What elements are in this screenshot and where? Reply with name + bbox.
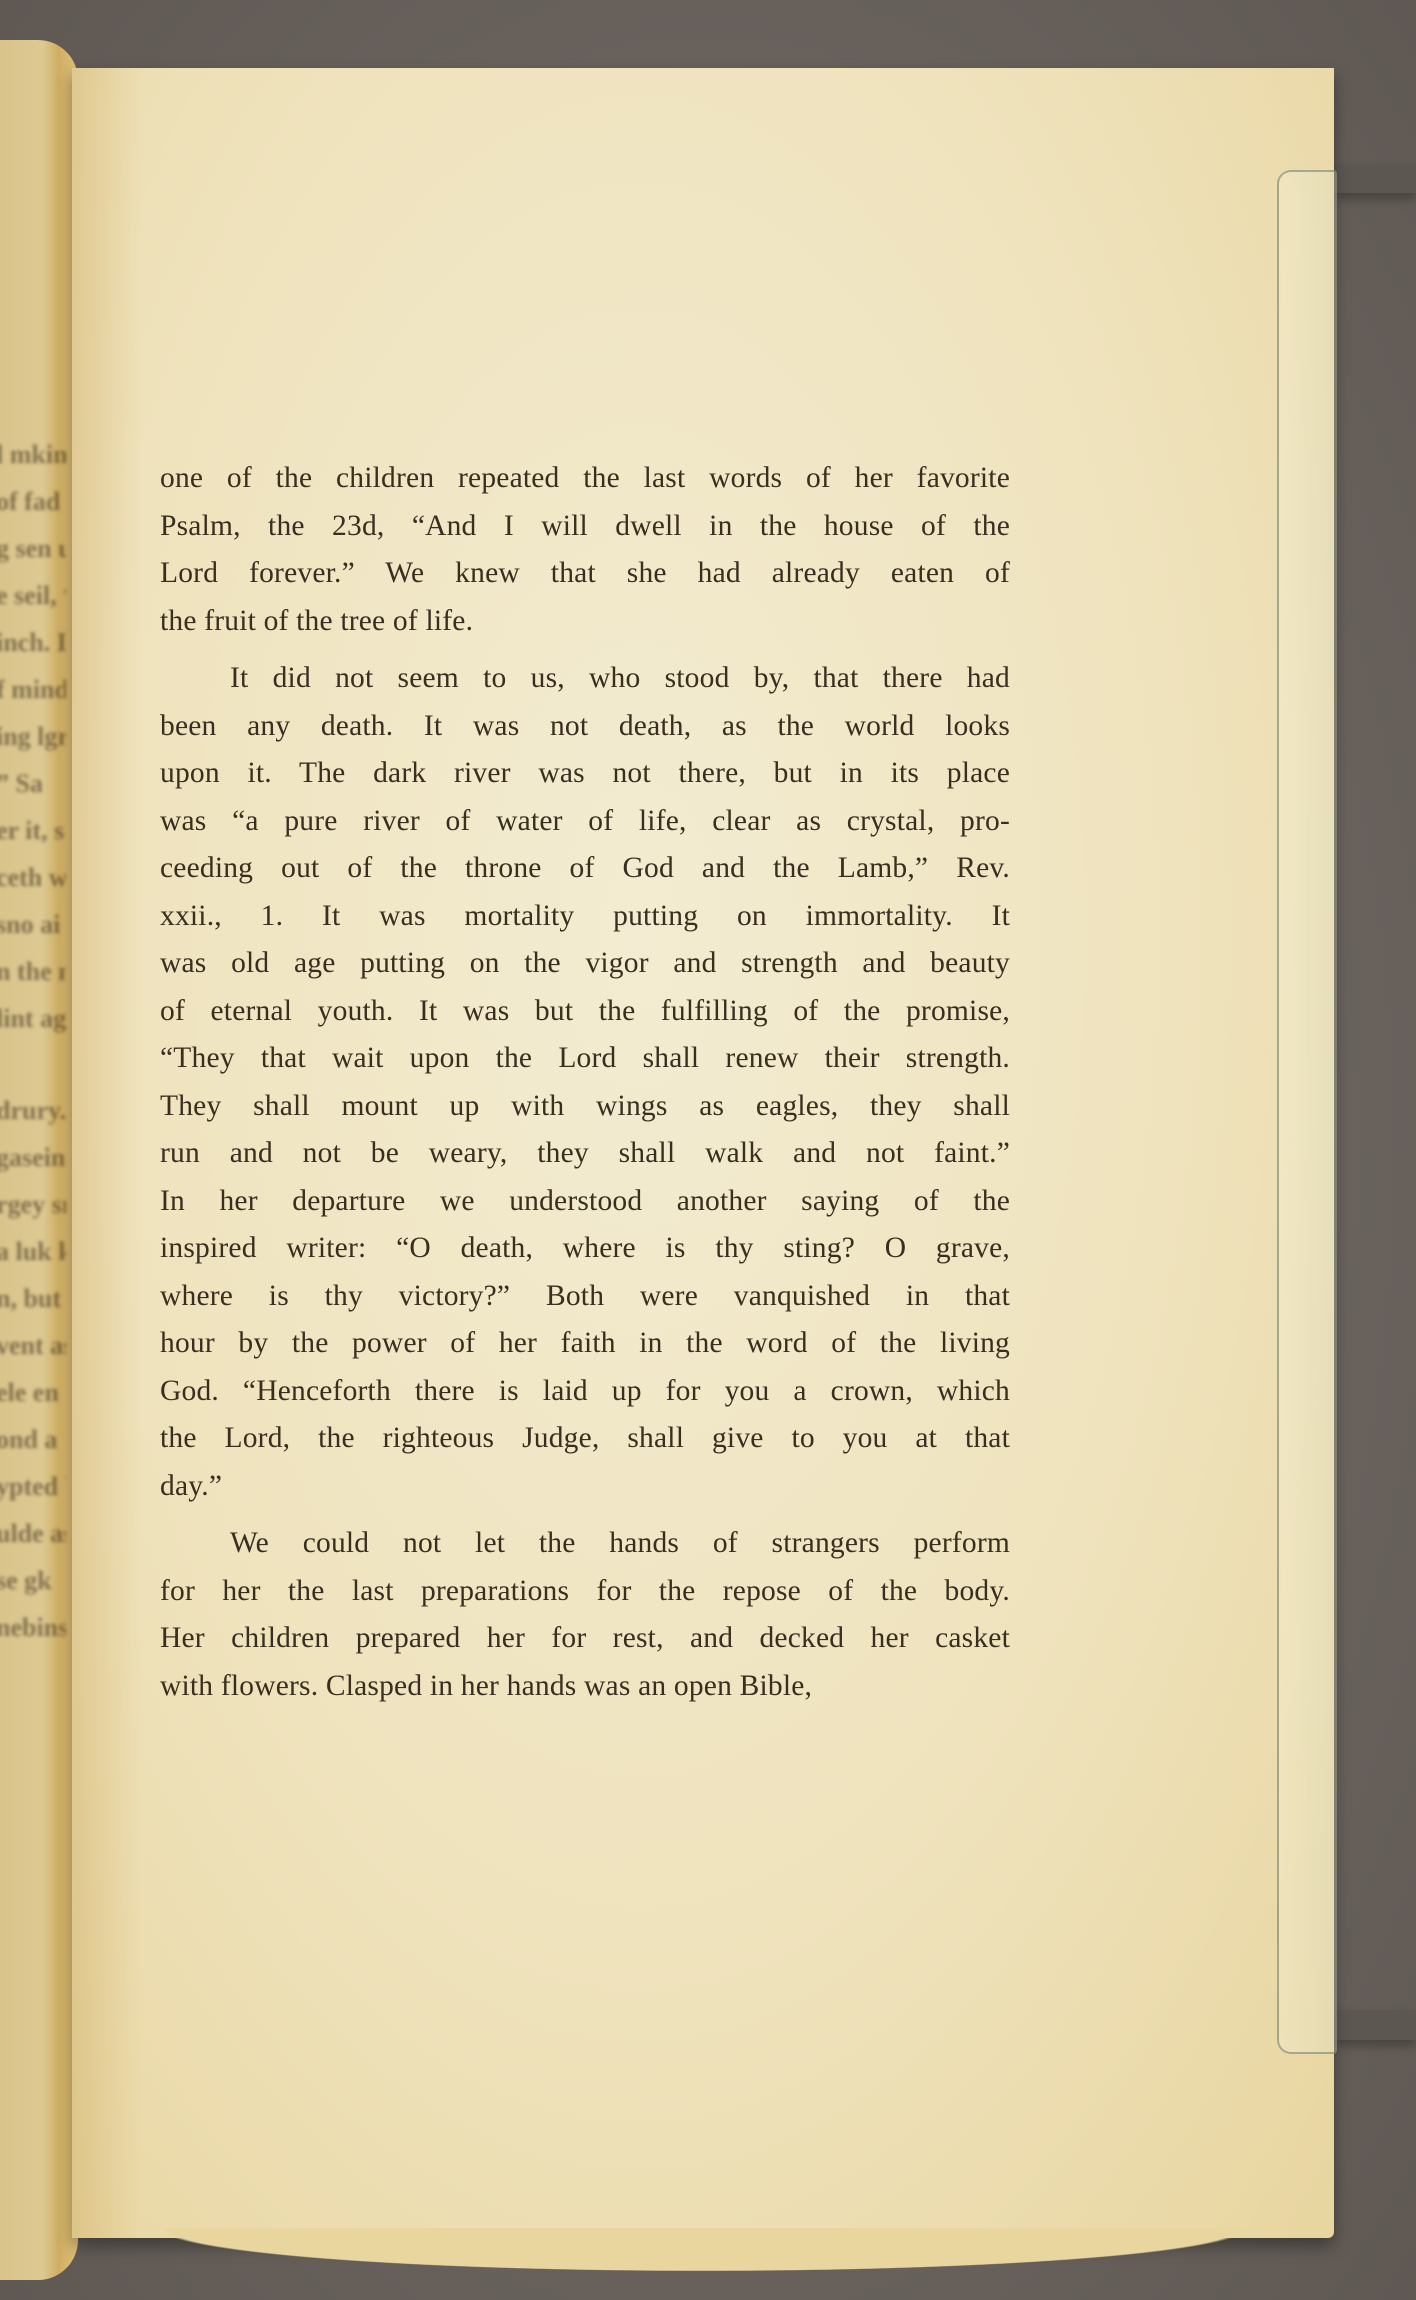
opposite-page-text-fragment: ” Sa	[0, 769, 66, 799]
paragraph-gap	[160, 1510, 1010, 1520]
text-line: was “a pure river of water of life, clea…	[160, 798, 1010, 846]
opposite-page-text-fragment: g sen u	[0, 534, 66, 564]
opposite-page-text-fragment: ulde as	[0, 1519, 66, 1549]
paragraph: It did not seem to us, who stood by, tha…	[160, 655, 1010, 1510]
opposite-page-text-fragment: nebins	[0, 1613, 66, 1643]
text-line: day.”	[160, 1463, 1010, 1511]
opposite-page-edge: l mkingof fadg sen ue seil, “inch. If mi…	[0, 40, 78, 2280]
opposite-page-text-fragment: n, but q	[0, 1284, 66, 1314]
text-line: where is thy victory?” Both were vanquis…	[160, 1273, 1010, 1321]
opposite-page-text-fragment: drury. I	[0, 1096, 66, 1126]
page-body-text: one of the children repeated the last wo…	[160, 455, 1010, 1710]
text-line: been any death. It was not death, as the…	[160, 703, 1010, 751]
text-line: inspired writer: “O death, where is thy …	[160, 1225, 1010, 1273]
text-line: the Lord, the righteous Judge, shall giv…	[160, 1415, 1010, 1463]
text-line: hour by the power of her faith in the wo…	[160, 1320, 1010, 1368]
opposite-page-text-fragment: a luk k	[0, 1237, 66, 1267]
text-line: Her children prepared her for rest, and …	[160, 1615, 1010, 1663]
opposite-page-text-fragment: e seil, “	[0, 581, 66, 611]
text-line: run and not be weary, they shall walk an…	[160, 1130, 1010, 1178]
opposite-page-text-fragment: l mking	[0, 440, 66, 470]
opposite-page-text-fragment: ele en	[0, 1378, 66, 1408]
text-line: Lord forever.” We knew that she had alre…	[160, 550, 1010, 598]
text-line: It did not seem to us, who stood by, tha…	[160, 655, 1010, 703]
opposite-page-text-fragment: vent as	[0, 1331, 66, 1361]
opposite-page-text-fragment: inch. I	[0, 628, 66, 658]
text-line: God. “Henceforth there is laid up for yo…	[160, 1368, 1010, 1416]
text-line: We could not let the hands of strangers …	[160, 1520, 1010, 1568]
text-line: xxii., 1. It was mortality putting on im…	[160, 893, 1010, 941]
text-line: the fruit of the tree of life.	[160, 598, 1010, 646]
text-line: of eternal youth. It was but the fulfill…	[160, 988, 1010, 1036]
text-line: upon it. The dark river was not there, b…	[160, 750, 1010, 798]
text-line: In her departure we understood another s…	[160, 1178, 1010, 1226]
text-line: ceeding out of the throne of God and the…	[160, 845, 1010, 893]
paragraph-gap	[160, 645, 1010, 655]
text-line: “They that wait upon the Lord shall rene…	[160, 1035, 1010, 1083]
opposite-page-text-fragment: of fad	[0, 487, 66, 517]
opposite-page-text-fragment: n the m	[0, 957, 66, 987]
opposite-page-text-fragment: ypted b	[0, 1472, 66, 1502]
opposite-page-text-fragment: sno ai	[0, 910, 66, 940]
opposite-page-text-fragment: ceth w	[0, 863, 66, 893]
paragraph: We could not let the hands of strangers …	[160, 1520, 1010, 1710]
text-line: one of the children repeated the last wo…	[160, 455, 1010, 503]
text-line: They shall mount up with wings as eagles…	[160, 1083, 1010, 1131]
opposite-page-text-fragment: ing lgr	[0, 722, 66, 752]
text-line: Psalm, the 23d, “And I will dwell in the…	[160, 503, 1010, 551]
opposite-page-text-fragment: f mind a	[0, 675, 66, 705]
paragraph: one of the children repeated the last wo…	[160, 455, 1010, 645]
opposite-page-text-fragment: se gk	[0, 1566, 66, 1596]
acrylic-page-holder	[1277, 170, 1337, 2054]
opposite-page-text-fragment: rgey sm	[0, 1190, 66, 1220]
text-line: for her the last preparations for the re…	[160, 1568, 1010, 1616]
text-line: was old age putting on the vigor and str…	[160, 940, 1010, 988]
text-line: with flowers. Clasped in her hands was a…	[160, 1663, 1010, 1711]
opposite-page-text-fragment: gaseing s	[0, 1143, 66, 1173]
opposite-page-text-fragment: ond a	[0, 1425, 66, 1455]
opposite-page-text-fragment: er it, s	[0, 816, 66, 846]
opposite-page-text-fragment: lint agi	[0, 1004, 66, 1034]
